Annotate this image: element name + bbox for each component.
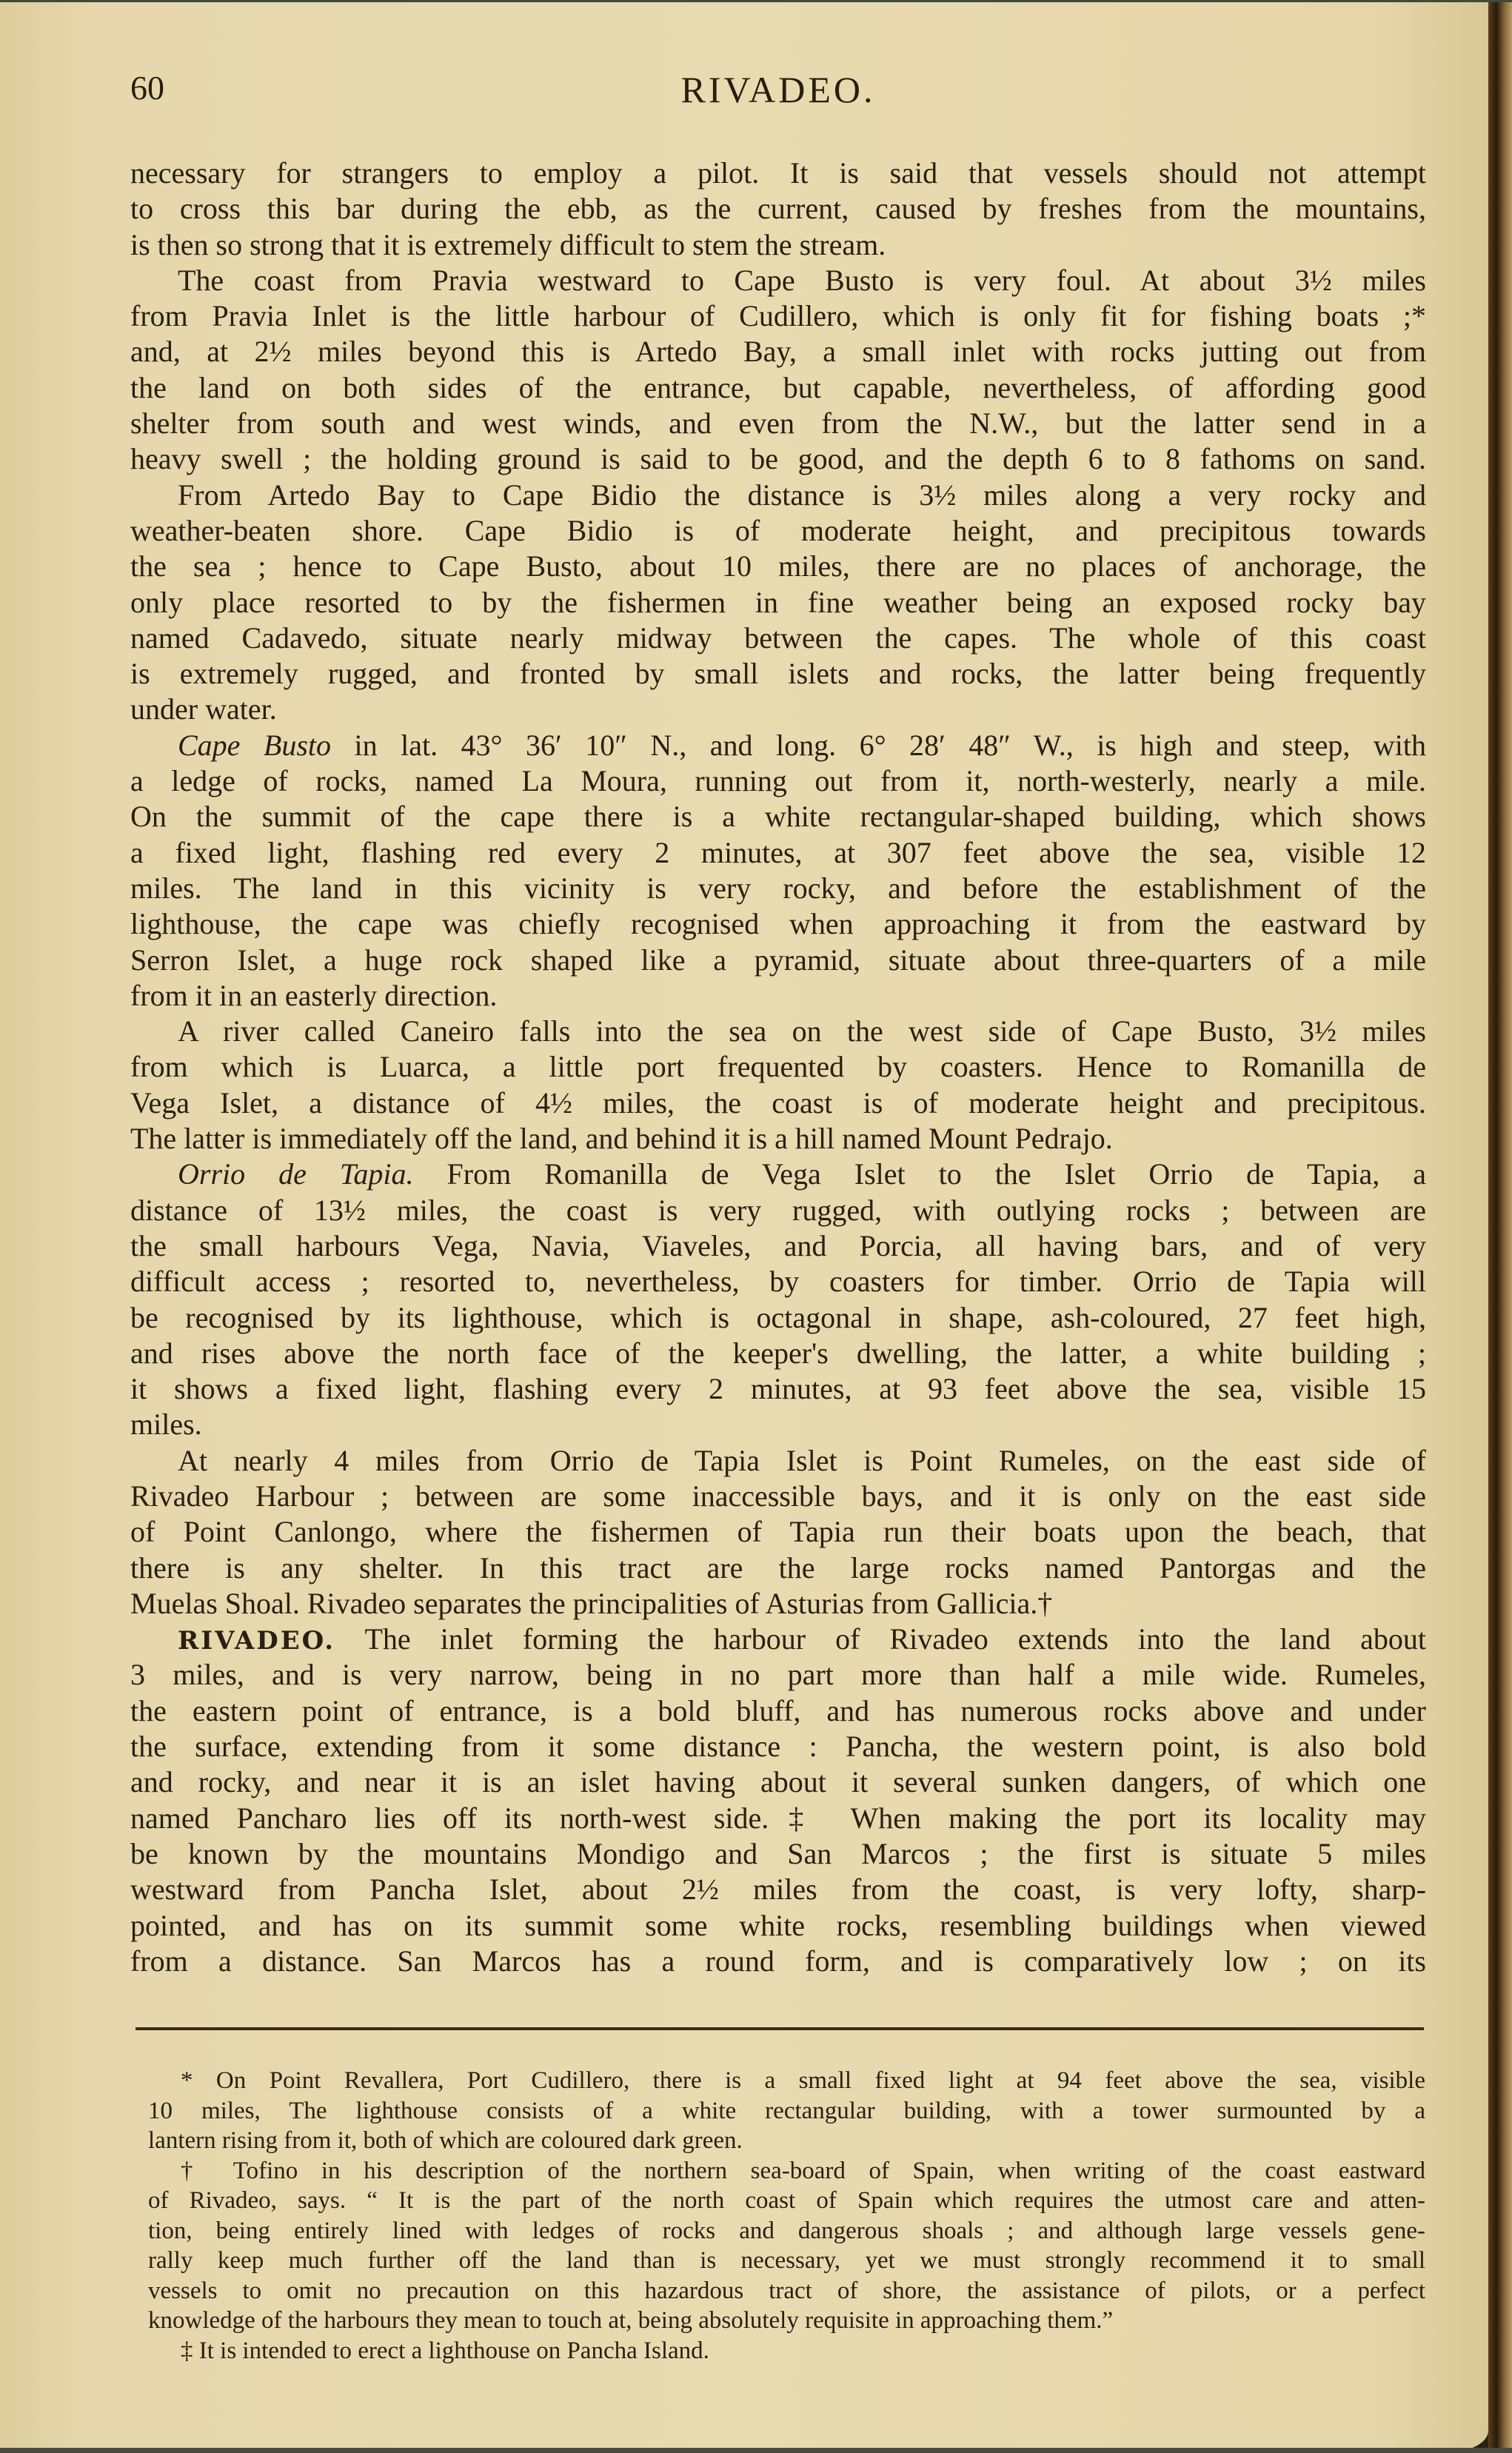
text-line: named Pancharo lies off its north-west s… — [130, 1801, 1426, 1836]
text-line: Orrio de Tapia. From Romanilla de Vega I… — [130, 1157, 1426, 1192]
footnote-line: † Tofino in his description of the north… — [148, 2156, 1425, 2186]
scan-top-border — [0, 0, 1512, 2]
text-line: Cape Busto in lat. 43° 36′ 10″ N., and l… — [130, 728, 1426, 763]
footnote-line: vessels to omit no precaution on this ha… — [148, 2276, 1425, 2306]
text-line: westward from Pancha Islet, about 2½ mil… — [130, 1872, 1426, 1907]
text-line: be recognised by its lighthouse, which i… — [130, 1300, 1426, 1336]
text-line: On the summit of the cape there is a whi… — [130, 799, 1426, 834]
text-run: From Romanilla de Vega Islet to the Isle… — [414, 1157, 1426, 1191]
text-line: necessary for strangers to employ a pilo… — [130, 155, 1426, 191]
footnote-line: of Rivadeo, says. “ It is the part of th… — [148, 2186, 1425, 2216]
text-line: of Point Canlongo, where the fishermen o… — [130, 1514, 1426, 1550]
text-line: a fixed light, flashing red every 2 minu… — [130, 835, 1426, 871]
running-title: RIVADEO. — [130, 68, 1426, 111]
section-heading: RIVADEO. — [178, 1626, 335, 1656]
text-line: there is any shelter. In this tract are … — [130, 1550, 1426, 1586]
text-line: the small harbours Vega, Navia, Viaveles… — [130, 1228, 1426, 1264]
footnotes: * On Point Revallera, Port Cudillero, th… — [148, 2066, 1425, 2366]
footnote-line: 10 miles, The lighthouse consists of a w… — [148, 2096, 1425, 2126]
text-line: to cross this bar during the ebb, as the… — [130, 191, 1426, 227]
text-line: it shows a fixed light, flashing every 2… — [130, 1371, 1426, 1407]
text-line: At nearly 4 miles from Orrio de Tapia Is… — [130, 1443, 1426, 1479]
text-line: named Cadavedo, situate nearly midway be… — [130, 620, 1426, 656]
text-line: the sea ; hence to Cape Busto, about 10 … — [130, 549, 1426, 584]
text-run: The inlet forming the harbour of Rivadeo… — [335, 1622, 1426, 1656]
footnote-line: ‡ It is intended to erect a lighthouse o… — [148, 2336, 1425, 2366]
text-line: distance of 13½ miles, the coast is very… — [130, 1193, 1426, 1228]
text-line: Vega Islet, a distance of 4½ miles, the … — [130, 1085, 1426, 1121]
text-line: The coast from Pravia westward to Cape B… — [130, 263, 1426, 298]
text-line: heavy swell ; the holding ground is said… — [130, 441, 1426, 477]
text-line: Serron Islet, a huge rock shaped like a … — [130, 943, 1426, 978]
text-line: and rocky, and near it is an islet havin… — [130, 1764, 1426, 1800]
text-line: difficult access ; resorted to, neverthe… — [130, 1264, 1426, 1299]
footnote-line: knowledge of the harbours they mean to t… — [148, 2306, 1425, 2336]
text-line: under water. — [130, 692, 1426, 727]
footnote-line: lantern rising from it, both of which ar… — [148, 2126, 1425, 2156]
text-line: from it in an easterly direction. — [130, 978, 1426, 1014]
page-edge — [1488, 0, 1512, 2453]
italic-lead: Orrio de Tapia. — [178, 1157, 414, 1191]
text-line: the surface, extending from it some dist… — [130, 1729, 1426, 1764]
footnote-line: tion, being entirely lined with ledges o… — [148, 2216, 1425, 2246]
text-line: A river called Caneiro falls into the se… — [130, 1014, 1426, 1049]
text-line: a ledge of rocks, named La Moura, runnin… — [130, 763, 1426, 799]
text-line: from a distance. San Marcos has a round … — [130, 1944, 1426, 1979]
text-line: only place resorted to by the fishermen … — [130, 585, 1426, 620]
running-head: 60 RIVADEO. — [130, 68, 1426, 113]
text-line: pointed, and has on its summit some whit… — [130, 1908, 1426, 1944]
text-line: the eastern point of entrance, is a bold… — [130, 1693, 1426, 1729]
text-line: from Pravia Inlet is the little harbour … — [130, 298, 1426, 334]
scan-bottom-border — [0, 2448, 1512, 2453]
text-line: the land on both sides of the entrance, … — [130, 370, 1426, 406]
text-line: be known by the mountains Mondigo and Sa… — [130, 1836, 1426, 1872]
text-line: Rivadeo Harbour ; between are some inacc… — [130, 1479, 1426, 1514]
text-line: RIVADEO. The inlet forming the harbour o… — [130, 1622, 1426, 1657]
text-line: from which is Luarca, a little port freq… — [130, 1049, 1426, 1085]
text-line: The latter is immediately off the land, … — [130, 1121, 1426, 1157]
text-line: is extremely rugged, and fronted by smal… — [130, 656, 1426, 692]
text-line: miles. The land in this vicinity is very… — [130, 871, 1426, 906]
text-line: lighthouse, the cape was chiefly recogni… — [130, 906, 1426, 942]
footnote-divider — [136, 2027, 1424, 2030]
text-line: and, at 2½ miles beyond this is Artedo B… — [130, 334, 1426, 369]
footnote-line: rally keep much further off the land tha… — [148, 2246, 1425, 2276]
text-line: weather-beaten shore. Cape Bidio is of m… — [130, 513, 1426, 549]
text-line: From Artedo Bay to Cape Bidio the distan… — [130, 478, 1426, 513]
footnote-line: * On Point Revallera, Port Cudillero, th… — [148, 2066, 1425, 2096]
text-line: miles. — [130, 1407, 1426, 1442]
italic-lead: Cape Busto — [178, 729, 331, 762]
text-line: is then so strong that it is extremely d… — [130, 227, 1426, 263]
body-text: necessary for strangers to employ a pilo… — [130, 155, 1426, 1979]
text-line: Muelas Shoal. Rivadeo separates the prin… — [130, 1586, 1426, 1622]
text-line: 3 miles, and is very narrow, being in no… — [130, 1657, 1426, 1693]
text-line: shelter from south and west winds, and e… — [130, 406, 1426, 441]
text-run: in lat. 43° 36′ 10″ N., and long. 6° 28′… — [331, 729, 1426, 762]
text-line: and rises above the north face of the ke… — [130, 1336, 1426, 1371]
